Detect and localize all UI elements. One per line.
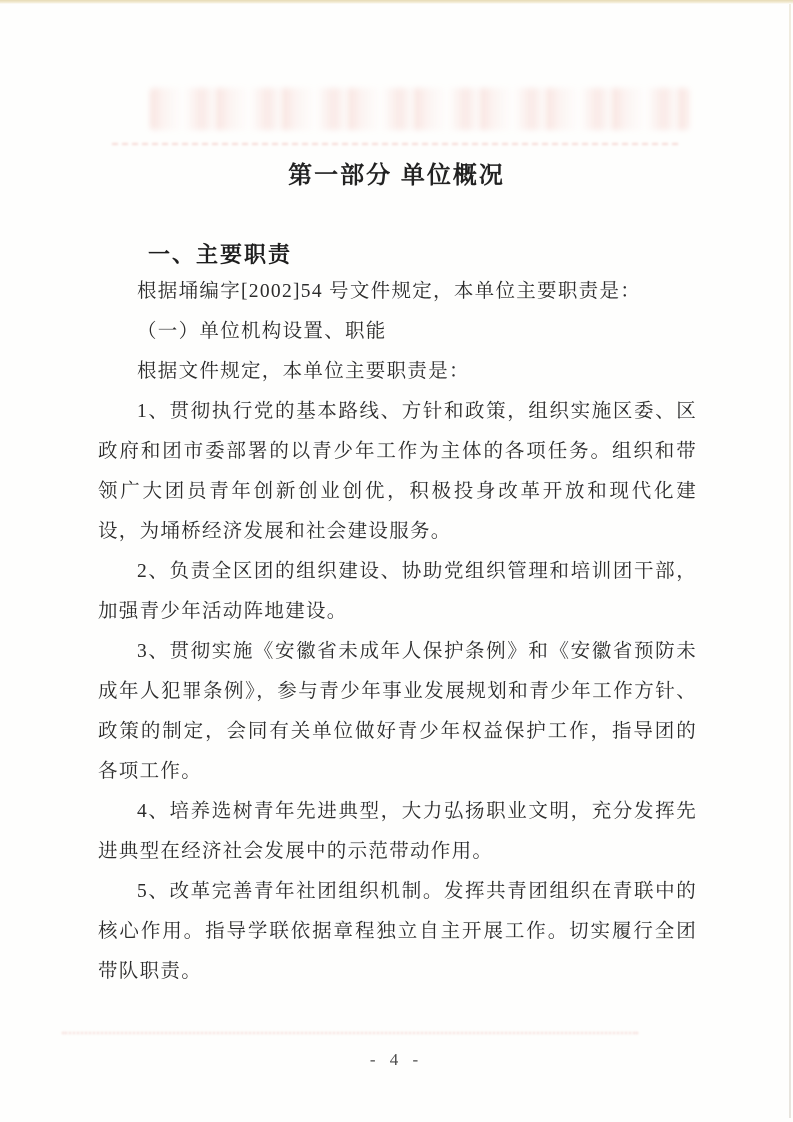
section-heading-main-duties: 一、主要职责	[148, 238, 292, 269]
paragraph-duty-1: 1、贯彻执行党的基本路线、方针和政策，组织实施区委、区政府和团市委部署的以青少年…	[98, 392, 697, 552]
ink-bleed-dash-artifact-bottom	[62, 1032, 638, 1034]
scan-top-edge-artifact	[0, 0, 793, 4]
paragraph-basis-document: 根据埇编字[2002]54 号文件规定，本单位主要职责是：	[98, 272, 697, 312]
paragraph-duty-5: 5、改革完善青年社团组织机制。发挥共青团组织在青联中的核心作用。指导学联依据章程…	[98, 872, 697, 992]
paragraph-basis-statement: 根据文件规定，本单位主要职责是：	[98, 352, 697, 392]
paragraph-duty-4: 4、培养选树青年先进典型，大力弘扬职业文明，充分发挥先进典型在经济社会发展中的示…	[98, 792, 697, 872]
ink-bleed-through-artifact	[150, 88, 690, 130]
document-body: 根据埇编字[2002]54 号文件规定，本单位主要职责是： （一）单位机构设置、…	[98, 272, 697, 992]
page-number: - 4 -	[0, 1050, 793, 1070]
document-part-title: 第一部分 单位概况	[0, 155, 793, 190]
paragraph-subsection-title: （一）单位机构设置、职能	[98, 312, 697, 352]
paragraph-duty-2: 2、负责全区团的组织建设、协助党组织管理和培训团干部，加强青少年活动阵地建设。	[98, 552, 697, 632]
ink-bleed-dash-artifact-top	[112, 143, 678, 145]
paragraph-duty-3: 3、贯彻实施《安徽省未成年人保护条例》和《安徽省预防未成年人犯罪条例》，参与青少…	[98, 632, 697, 792]
scanned-document-page: 第一部分 单位概况 一、主要职责 根据埇编字[2002]54 号文件规定，本单位…	[0, 0, 793, 1122]
